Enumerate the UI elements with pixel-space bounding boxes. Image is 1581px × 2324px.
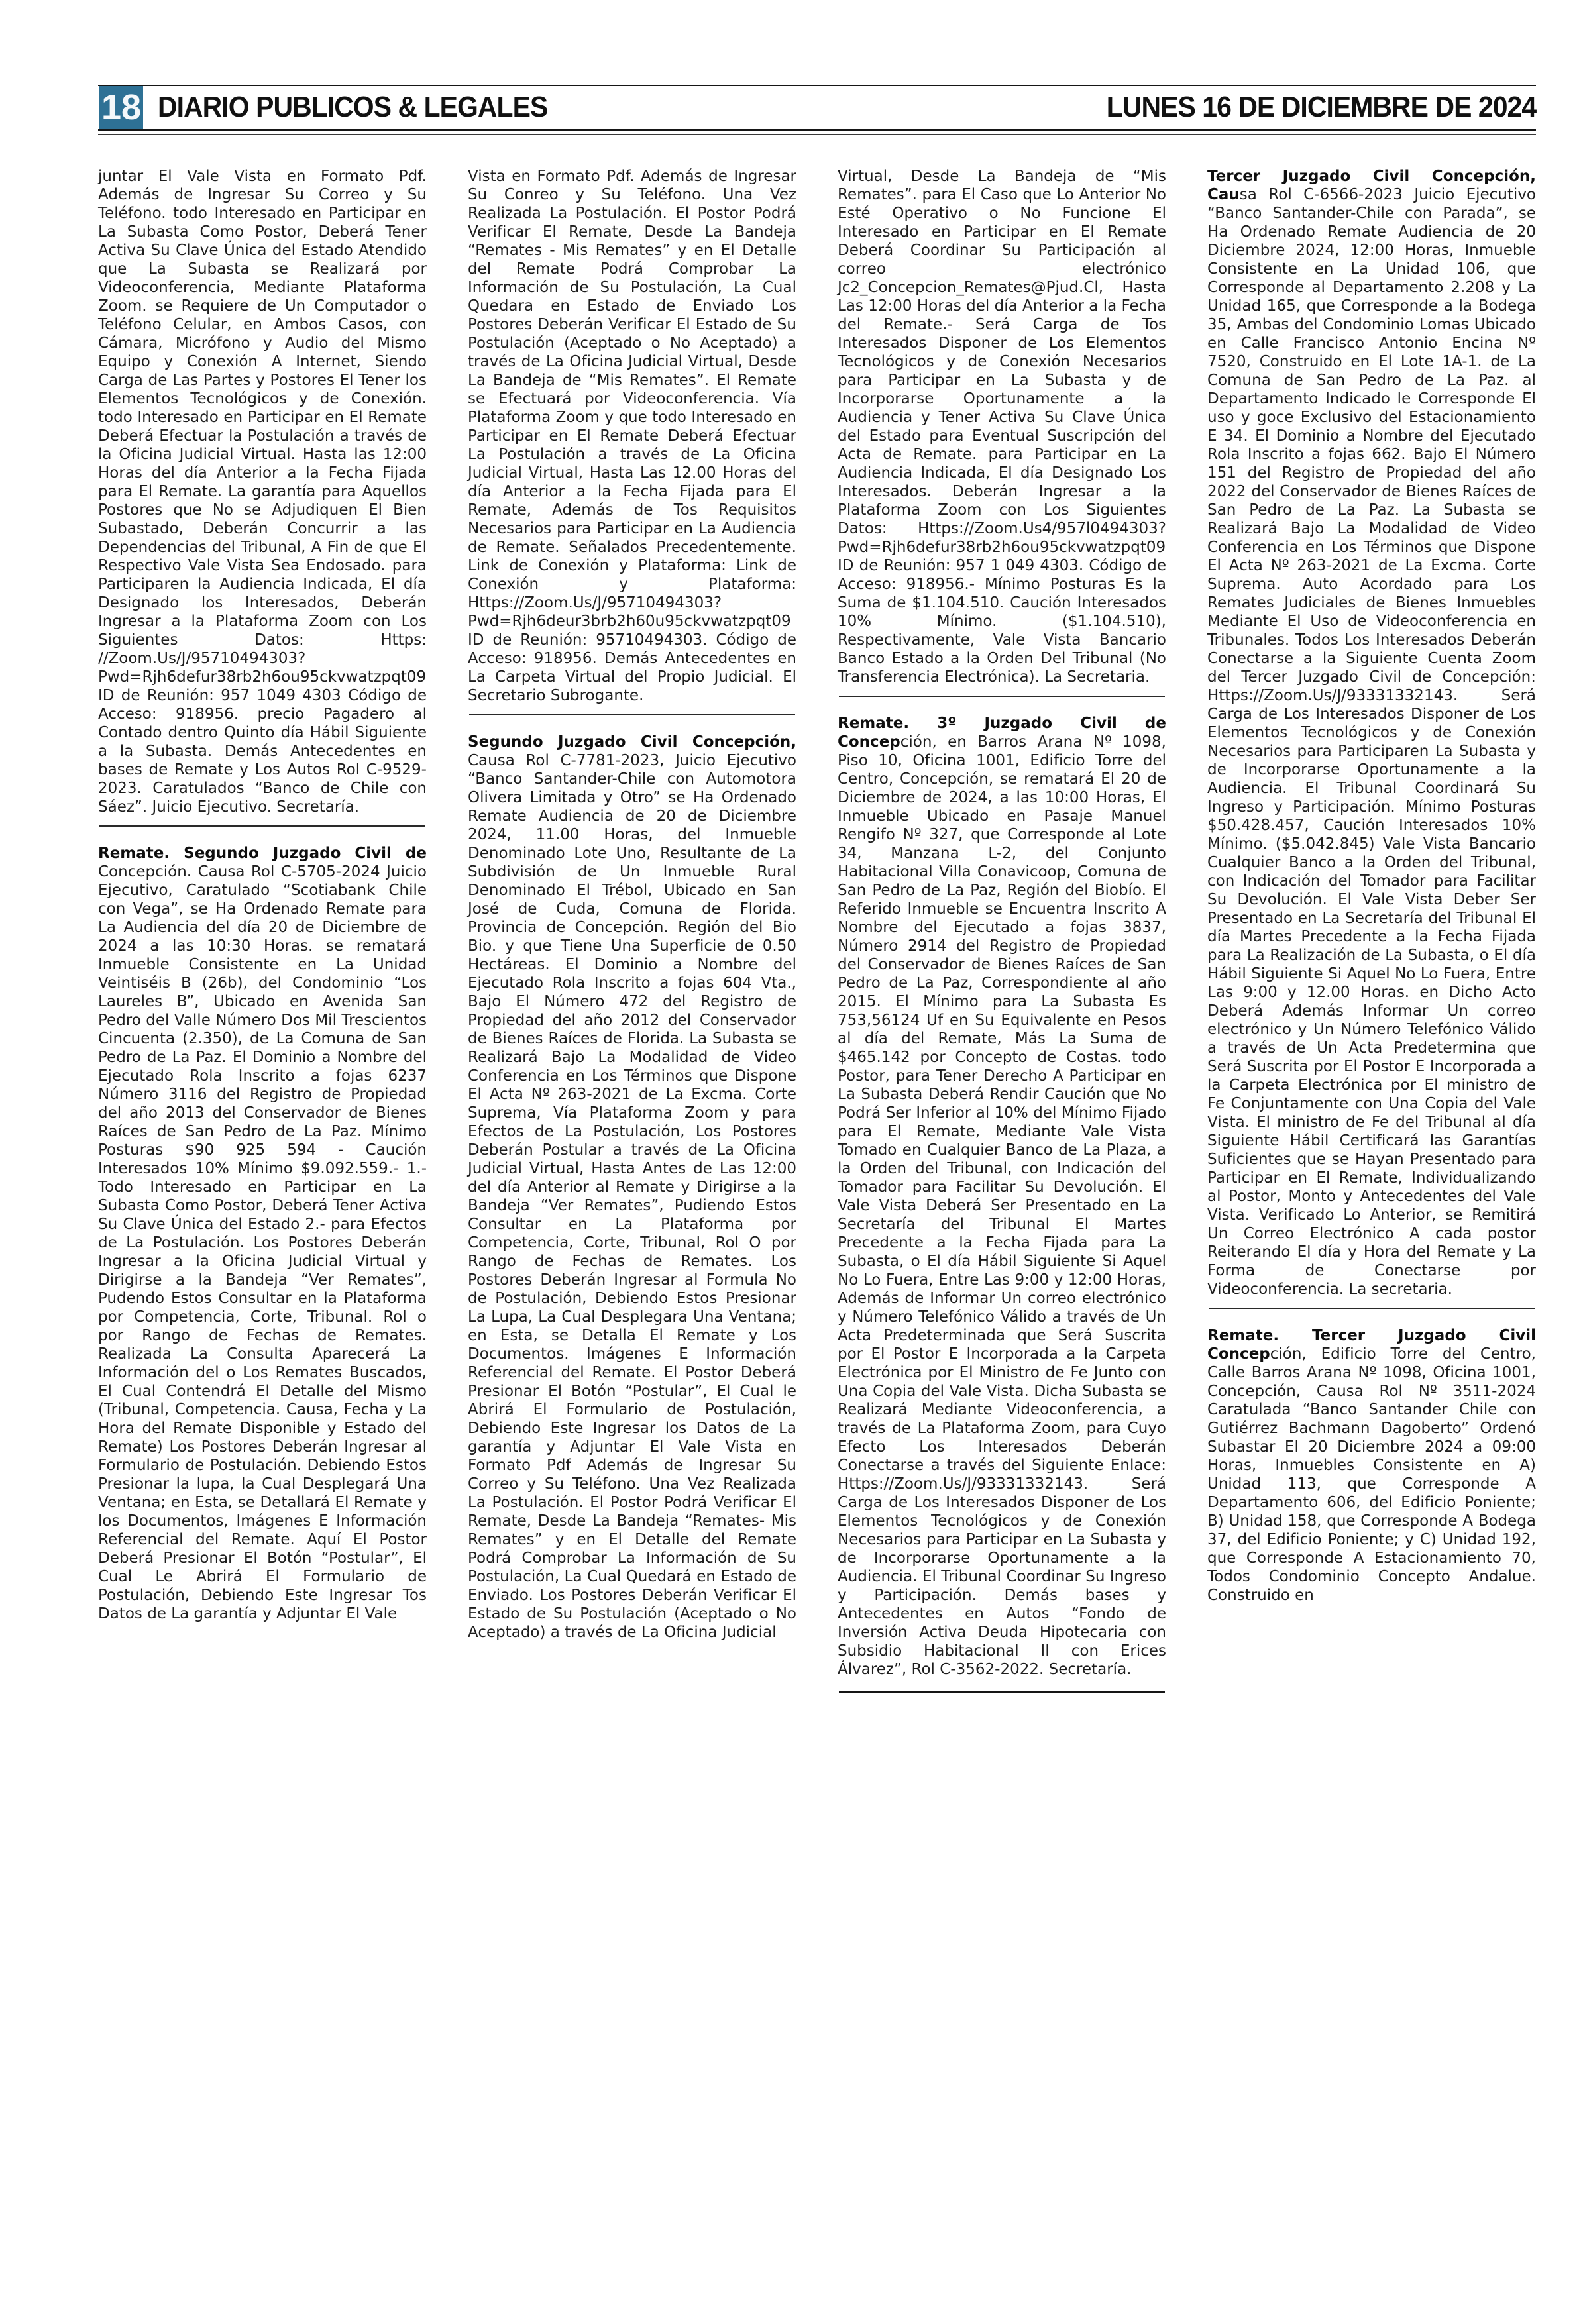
newspaper-page: { "header": { "page_number": "18", "mast… bbox=[0, 0, 1581, 2324]
notice-separator bbox=[839, 696, 1165, 697]
continuation-paragraph: Virtual, Desde La Bandeja de “Mis Remate… bbox=[838, 167, 1166, 686]
notice-separator bbox=[839, 1691, 1165, 1693]
notice-lead: Remate. Tercer Juzgado Civil Concep bbox=[1207, 1327, 1536, 1363]
continuation-paragraph: juntar El Vale Vista en Formato Pdf. Ade… bbox=[98, 167, 427, 816]
masthead-band: 18 DIARIO PUBLICOS & LEGALES LUNES 16 DE… bbox=[98, 85, 1536, 131]
notice-paragraph: Remate. Segundo Juzgado Civil de Concepc… bbox=[98, 844, 427, 1623]
page-number: 18 bbox=[101, 87, 141, 128]
masthead-title: DIARIO PUBLICOS & LEGALES bbox=[158, 91, 547, 124]
masthead-date: LUNES 16 DE DICIEMBRE DE 2024 bbox=[1107, 91, 1536, 124]
column-3: Virtual, Desde La Bandeja de “Mis Remate… bbox=[838, 167, 1166, 1711]
notice-paragraph: Remate. Tercer Juzgado Civil Concepción,… bbox=[1207, 1326, 1536, 1605]
notice-paragraph: Remate. 3º Juzgado Civil de Concepción, … bbox=[838, 714, 1166, 1679]
continuation-paragraph: Vista en Formato Pdf. Además de Ingresar… bbox=[468, 167, 796, 705]
notice-separator bbox=[99, 825, 425, 827]
notice-paragraph: Tercer Juzgado Civil Concepción, Causa R… bbox=[1207, 167, 1536, 1298]
page-number-badge: 18 bbox=[99, 86, 143, 129]
notice-separator bbox=[469, 714, 795, 715]
masthead-underline bbox=[98, 134, 1536, 135]
notice-lead: Segundo Juzgado Civil Concepción, bbox=[468, 733, 796, 751]
notice-lead: Remate. Segundo Juzgado Civil de bbox=[98, 845, 427, 862]
column-1: juntar El Vale Vista en Formato Pdf. Ade… bbox=[98, 167, 427, 1623]
page-header: 18 DIARIO PUBLICOS & LEGALES LUNES 16 DE… bbox=[98, 85, 1536, 135]
notice-separator bbox=[1209, 1308, 1535, 1309]
notice-paragraph: Segundo Juzgado Civil Concepción, Causa … bbox=[468, 733, 796, 1642]
column-2: Vista en Formato Pdf. Además de Ingresar… bbox=[468, 167, 796, 1642]
notice-lead: Tercer Juzgado Civil Concepción, Cau bbox=[1207, 168, 1536, 203]
columns: juntar El Vale Vista en Formato Pdf. Ade… bbox=[98, 167, 1536, 1711]
column-4: Tercer Juzgado Civil Concepción, Causa R… bbox=[1207, 167, 1536, 1605]
notice-lead: Remate. 3º Juzgado Civil de Concep bbox=[838, 715, 1166, 751]
